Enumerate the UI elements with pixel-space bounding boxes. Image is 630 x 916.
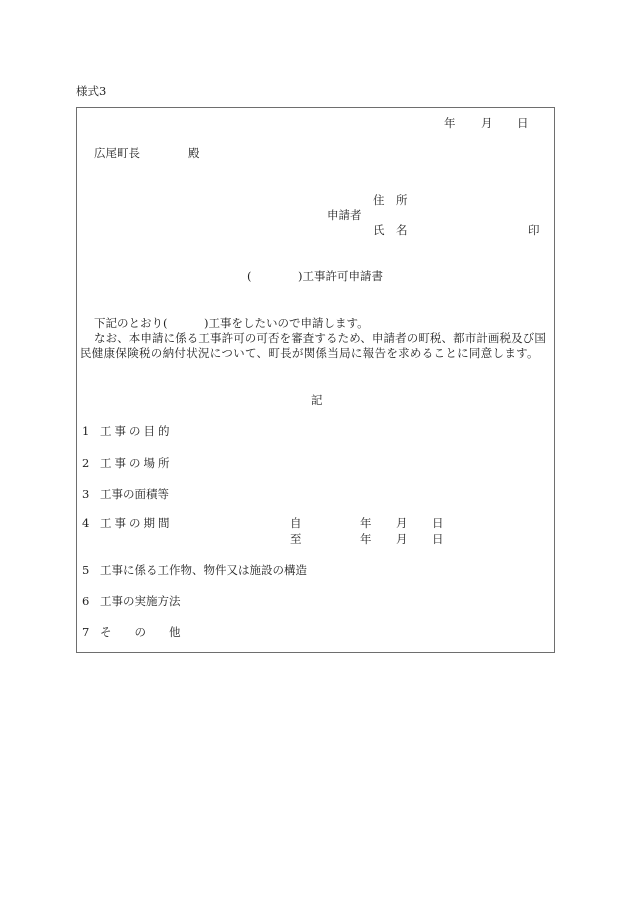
period-from-day: 日 — [432, 518, 444, 530]
period-from-year: 年 — [360, 518, 372, 530]
body-line-1a: 下記のとおり( — [94, 318, 168, 330]
period-to-year: 年 — [360, 534, 372, 546]
addressee-honorific: 殿 — [188, 148, 200, 160]
item-6-label: 工事の実施方法 — [100, 596, 181, 608]
item-6-number: 6 — [82, 596, 89, 608]
item-1-label: 工事の目的 — [100, 426, 173, 438]
item-5-label: 工事に係る工作物、物件又は施設の構造 — [100, 565, 307, 577]
addressee-name: 広尾町長 — [94, 148, 140, 160]
period-from-label: 自 — [290, 518, 302, 530]
item-7-number: 7 — [82, 627, 89, 639]
item-3-label: 工事の面積等 — [100, 489, 169, 501]
item-4-number: 4 — [82, 518, 89, 530]
body-line-3: 民健康保険税の納付状況について、町長が関係当局に報告を求めることに同意します。 — [80, 348, 539, 360]
seal-mark: 印 — [528, 225, 540, 237]
form-number-label: 様式3 — [76, 86, 106, 98]
body-line-2: なお、本申請に係る工事許可の可否を審査するため、申請者の町税、都市計画税及び国 — [94, 333, 546, 345]
item-1-number: 1 — [82, 426, 89, 438]
form-title: )工事許可申請書 — [298, 271, 383, 283]
period-from-month: 月 — [396, 518, 408, 530]
item-3-number: 3 — [82, 489, 89, 501]
applicant-address-label: 住 所 — [373, 195, 408, 207]
date-month-label: 月 — [481, 118, 493, 130]
applicant-label: 申請者 — [327, 210, 362, 222]
item-2-number: 2 — [82, 458, 89, 470]
item-7-label: そ の 他 — [100, 627, 181, 639]
period-to-day: 日 — [432, 534, 444, 546]
period-to-month: 月 — [396, 534, 408, 546]
item-5-number: 5 — [82, 565, 89, 577]
item-2-label: 工事の場所 — [100, 458, 173, 470]
applicant-name-label: 氏 名 — [373, 225, 408, 237]
period-to-label: 至 — [290, 534, 302, 546]
ki-heading: 記 — [311, 395, 323, 407]
body-line-1b: )工事をしたいので申請します。 — [204, 318, 369, 330]
date-day-label: 日 — [517, 118, 529, 130]
title-open-paren: ( — [247, 271, 252, 283]
item-4-label: 工事の期間 — [100, 518, 173, 530]
date-year-label: 年 — [444, 118, 456, 130]
